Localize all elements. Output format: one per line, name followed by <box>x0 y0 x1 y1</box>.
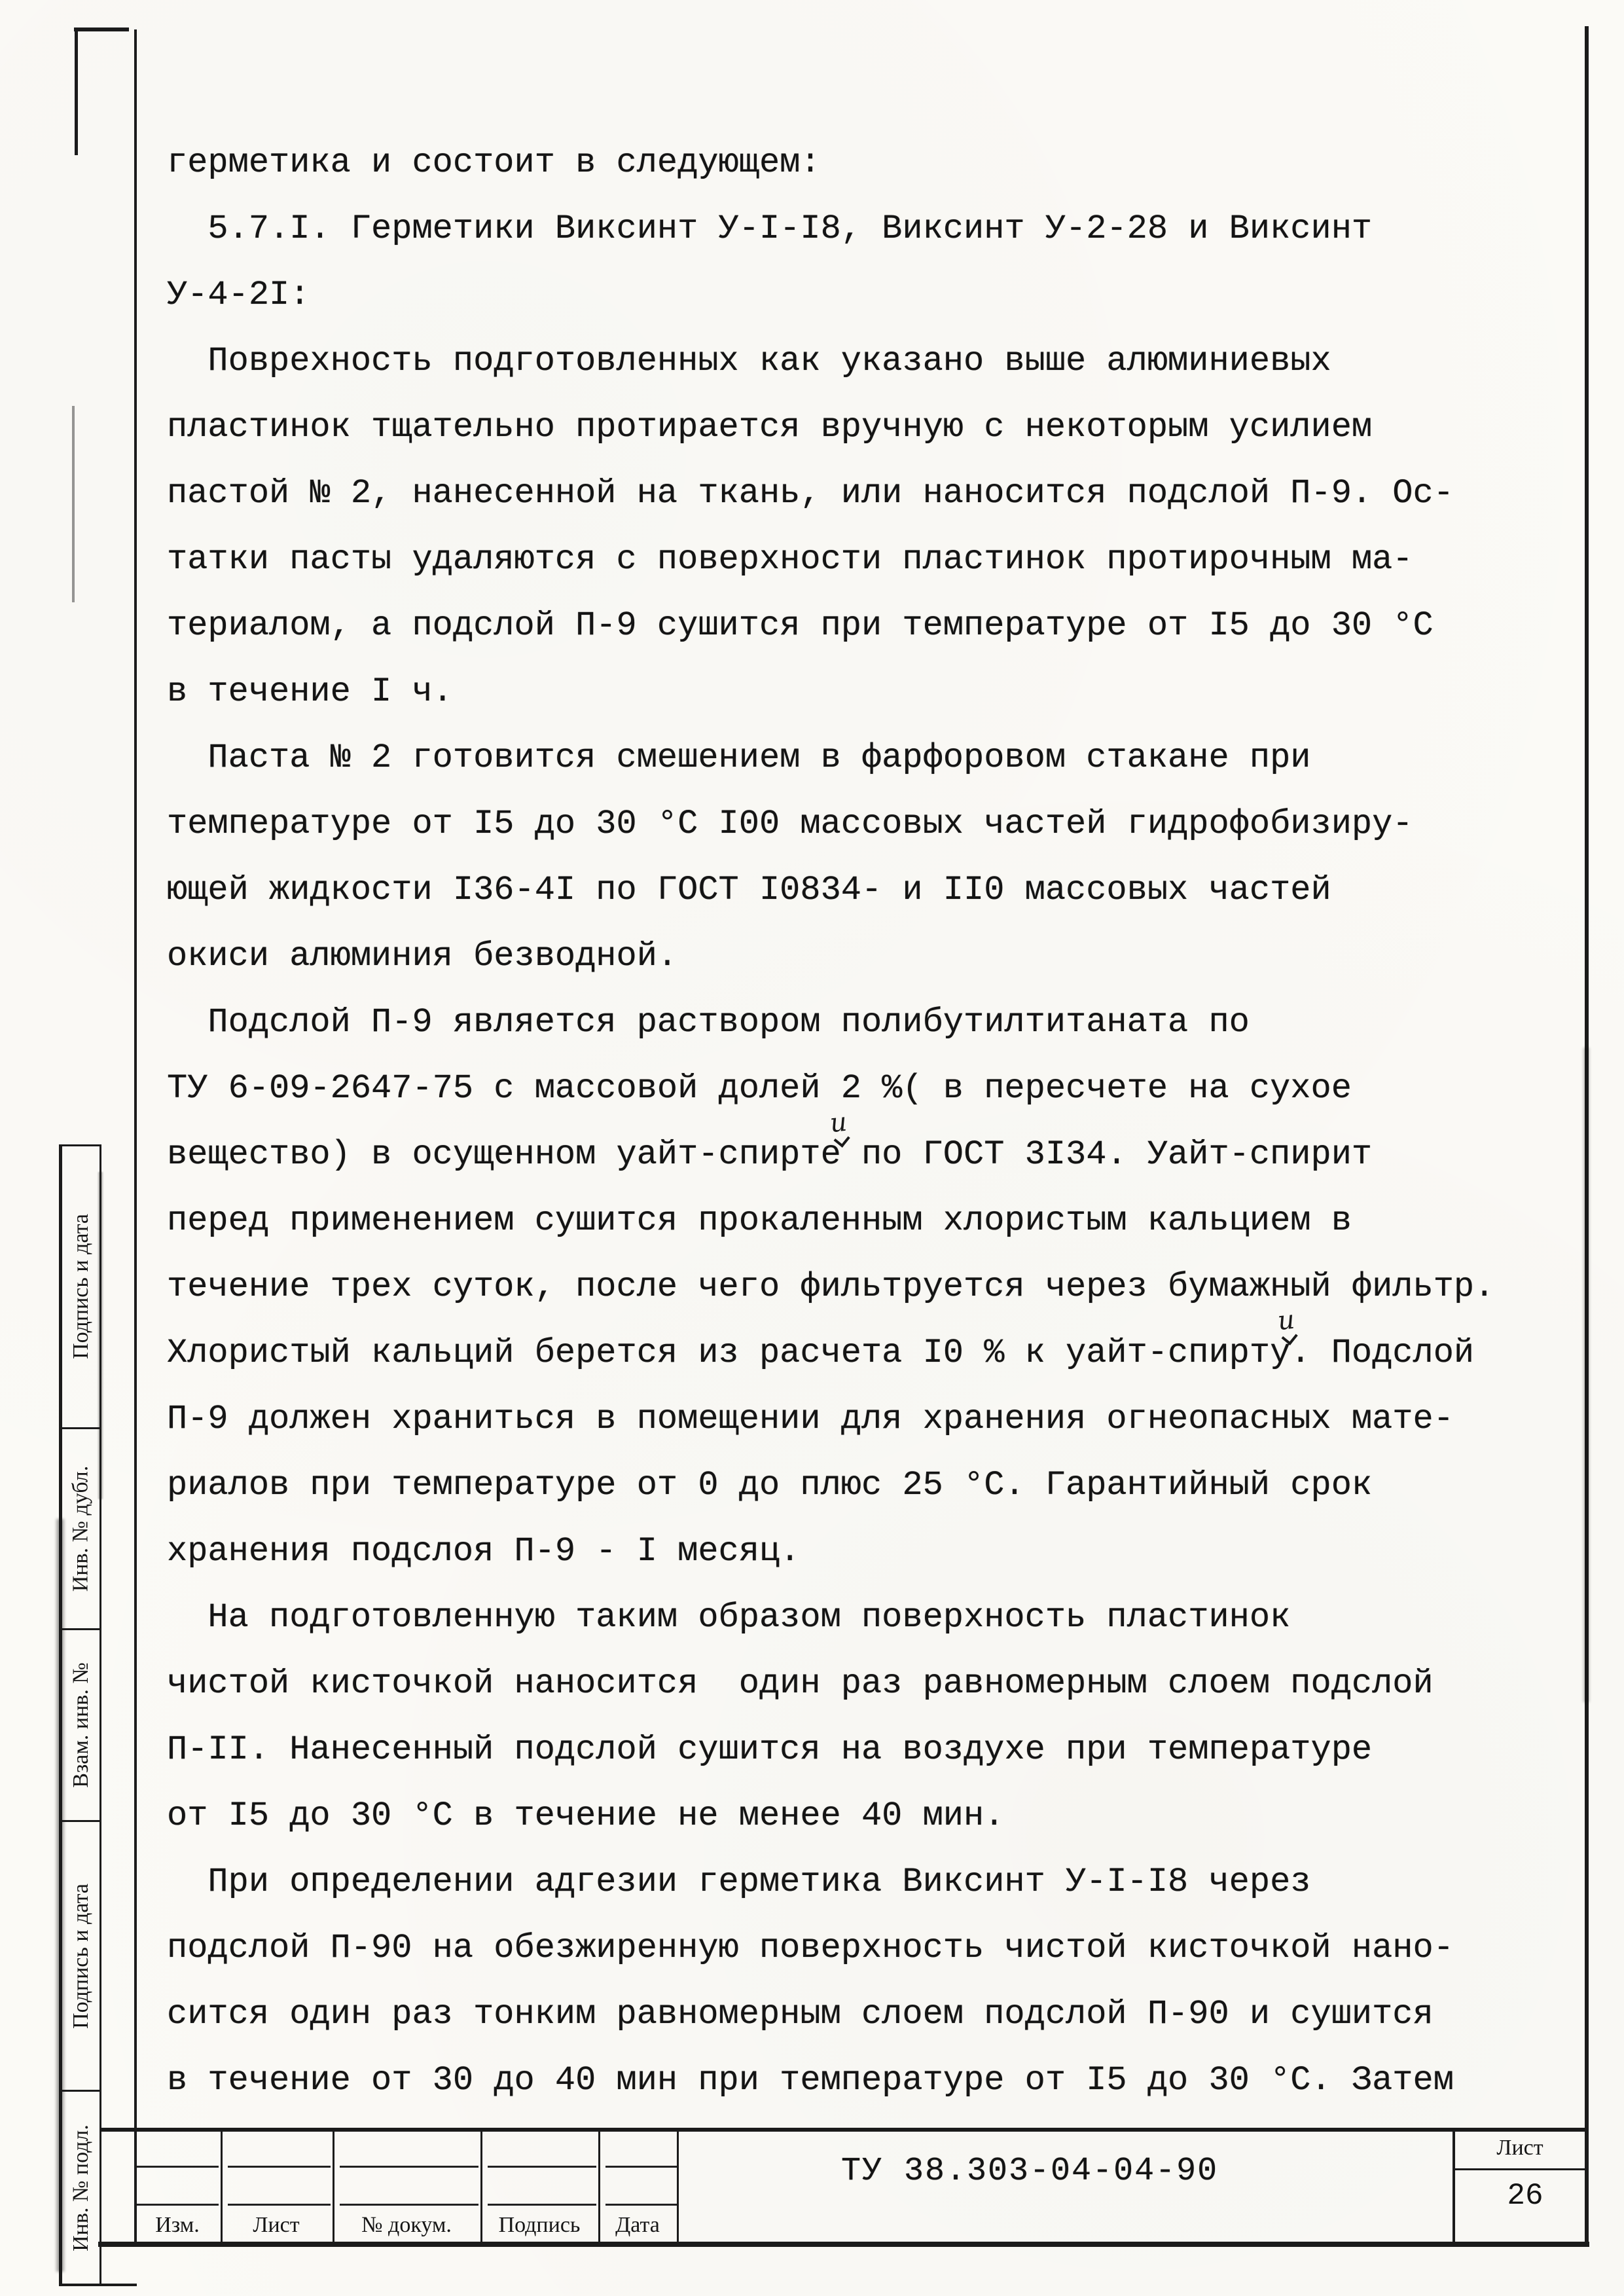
stamp-cell-label: Подпись и дата <box>69 1884 94 2029</box>
scan-artifact <box>72 406 75 602</box>
frame-top-tick <box>74 27 129 31</box>
titleblock-column-divider <box>598 2132 600 2242</box>
typed-line: Паста № 2 готовится смешением в фарфоров… <box>167 725 1555 791</box>
stamp-cell-label: Инв. № подл. <box>69 2124 94 2251</box>
typed-line: Хлористый кальций берется из расчета I0 … <box>167 1320 1555 1386</box>
typed-line: пластинок тщательно протирается вручную … <box>167 394 1555 460</box>
sheet-label: Лист <box>1496 2136 1543 2160</box>
typed-lines: герметика и состоит в следующем: 5.7.I. … <box>167 130 1555 2113</box>
typed-line: герметика и состоит в следующем: <box>167 130 1555 196</box>
typed-line: течение трех суток, после чего фильтрует… <box>167 1254 1555 1320</box>
titleblock-bottom-border <box>98 2242 1589 2247</box>
handwritten-correction: и <box>829 1107 848 1139</box>
typed-line: П-9 должен храниться в помещении для хра… <box>167 1386 1555 1452</box>
stamp-cell-inv-podl: Инв. № подл. <box>62 2092 99 2284</box>
typed-line: ющей жидкости I36-4I по ГОСТ I0834- и II… <box>167 857 1555 923</box>
titleblock-col-list: Лист <box>253 2213 299 2238</box>
scan-artifact <box>1583 1048 1589 1702</box>
titleblock-col-izm: Изм. <box>155 2213 200 2238</box>
stamp-cell-label: Взам. инв. № <box>69 1662 94 1788</box>
frame-left-border <box>134 29 137 2247</box>
typed-line: в течение от 30 до 40 мин при температур… <box>167 2047 1555 2113</box>
sheet-number: 26 <box>1507 2179 1543 2213</box>
typed-line: Подслой П-9 является раствором полибутил… <box>167 989 1555 1055</box>
stamp-column-bottom-border <box>59 2284 137 2286</box>
typed-line: П-II. Нанесенный подслой сушится на возд… <box>167 1717 1555 1783</box>
sheet-cell-divider <box>1454 2168 1585 2170</box>
titleblock-col-podpis: Подпись <box>499 2213 581 2238</box>
typed-line: сится один раз тонким равномерным слоем … <box>167 1981 1555 2047</box>
typed-line: ТУ 6-09-2647-75 с массовой долей 2 %( в … <box>167 1055 1555 1121</box>
titleblock-col-data: Дата <box>615 2213 660 2238</box>
typed-line: чистой кисточкой наносится один раз равн… <box>167 1650 1555 1717</box>
typed-line: вещество) в осущенном уайт-спирте по ГОС… <box>167 1121 1555 1188</box>
typed-line: от I5 до 30 °С в течение не менее 40 мин… <box>167 1783 1555 1849</box>
titleblock-column-divider <box>677 2132 679 2242</box>
typed-line: перед применением сушится прокаленным хл… <box>167 1188 1555 1254</box>
titleblock-top-border <box>101 2128 1588 2132</box>
stamp-cell-inv-dubl: Инв. № дубл. <box>62 1429 99 1628</box>
titleblock-column-divider <box>333 2132 334 2242</box>
scanned-document-page: герметика и состоит в следующем: 5.7.I. … <box>0 0 1624 2296</box>
stamp-column-inner-border <box>99 1144 101 2286</box>
stamp-cell-podpis-data-2: Подпись и дата <box>62 1822 99 2090</box>
titleblock-sheet-divider <box>1453 2132 1455 2242</box>
typed-line: У-4-2I: <box>167 262 1555 328</box>
typed-line: риалов при температуре от 0 до плюс 25 °… <box>167 1452 1555 1518</box>
typed-line: температуре от I5 до 30 °С I00 массовых … <box>167 791 1555 857</box>
stamp-cell-label: Инв. № дубл. <box>69 1466 94 1592</box>
stamp-cell-label: Подпись и дата <box>69 1214 94 1359</box>
typed-line: хранения подслоя П-9 - I месяц. <box>167 1518 1555 1584</box>
titleblock-row-line <box>137 2204 677 2206</box>
typed-line: татки пасты удаляются с поверхности плас… <box>167 526 1555 592</box>
typed-line: подслой П-90 на обезжиренную поверхность… <box>167 1915 1555 1981</box>
typed-line: териалом, а подслой П-9 сушится при темп… <box>167 592 1555 659</box>
document-number: ТУ 38.303-04-04-90 <box>841 2153 1218 2190</box>
frame-left-tick <box>75 29 78 155</box>
typed-line: Поврехность подготовленных как указано в… <box>167 328 1555 394</box>
typed-line: 5.7.I. Герметики Виксинт У-I-I8, Виксинт… <box>167 196 1555 262</box>
typed-line: пастой № 2, нанесенной на ткань, или нан… <box>167 460 1555 526</box>
titleblock-column-divider <box>480 2132 482 2242</box>
typed-line: в течение I ч. <box>167 659 1555 725</box>
typed-line: При определении адгезии герметика Виксин… <box>167 1849 1555 1915</box>
titleblock-row-line <box>137 2166 677 2168</box>
stamp-cell-podpis-data-1: Подпись и дата <box>62 1146 99 1427</box>
typed-line: На подготовленную таким образом поверхно… <box>167 1584 1555 1650</box>
titleblock-column-divider <box>221 2132 223 2242</box>
stamp-cell-vzam-inv: Взам. инв. № <box>62 1630 99 1820</box>
typed-line: окиси алюминия безводной. <box>167 923 1555 989</box>
titleblock-col-docnum: № докум. <box>361 2213 452 2238</box>
handwritten-correction: и <box>1276 1305 1296 1336</box>
